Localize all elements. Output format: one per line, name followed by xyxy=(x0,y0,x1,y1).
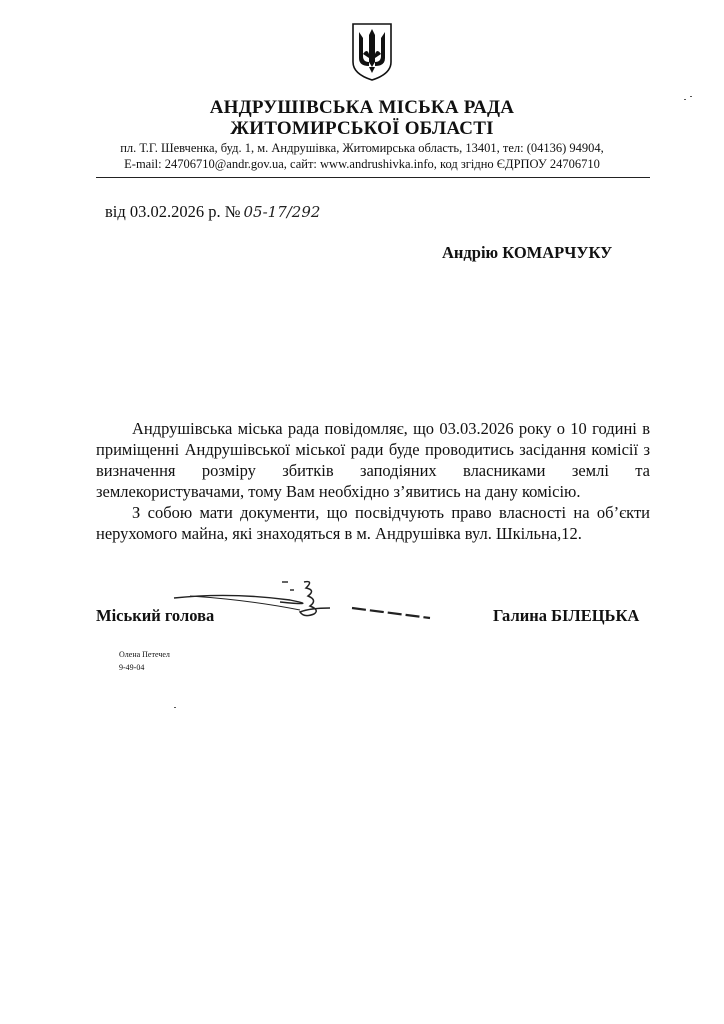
trident-coat-of-arms-icon xyxy=(349,18,395,82)
registration-number: 05-17/292 xyxy=(244,203,321,221)
organization-contacts: E-mail: 24706710@andr.gov.ua, сайт: www.… xyxy=(0,157,724,172)
organization-name: АНДРУШІВСЬКА МІСЬКА РАДА xyxy=(0,97,724,119)
organization-address: пл. Т.Г. Шевченка, буд. 1, м. Андрушівка… xyxy=(0,141,724,156)
letter-date-text: від 03.02.2026 р. № xyxy=(105,202,241,221)
scan-speck xyxy=(684,99,686,100)
signatory-name: Галина БІЛЕЦЬКА xyxy=(493,606,639,626)
scan-speck xyxy=(690,96,692,97)
organization-region: ЖИТОМИРСЬКОЇ ОБЛАСТІ xyxy=(0,118,724,140)
executor-name: Олена Петечел xyxy=(119,650,170,659)
header-divider xyxy=(96,177,650,178)
body-paragraph: Андрушівська міська рада повідомляє, що … xyxy=(96,418,650,502)
handwritten-signature-icon xyxy=(170,578,440,628)
body-paragraph: З собою мати документи, що посвідчують п… xyxy=(96,502,650,544)
letter-body: Андрушівська міська рада повідомляє, що … xyxy=(96,418,650,544)
letter-date: від 03.02.2026 р. №05-17/292 xyxy=(105,202,320,222)
scan-speck xyxy=(174,707,176,708)
executor-phone: 9-49-04 xyxy=(119,663,144,672)
addressee: Андрію КОМАРЧУКУ xyxy=(442,243,612,263)
